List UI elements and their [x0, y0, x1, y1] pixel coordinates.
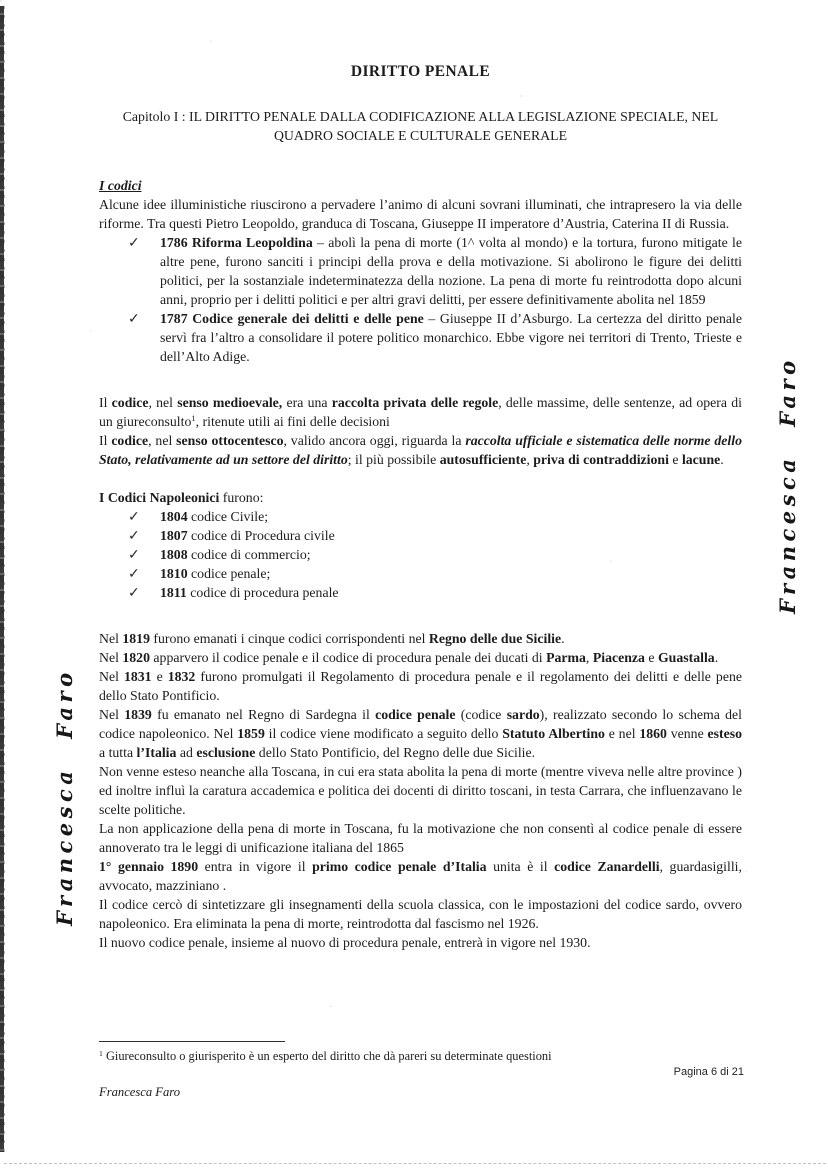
checkmark-icon: ✓ [99, 309, 160, 366]
list-item-1810: ✓ 1810 codice penale; [99, 564, 742, 583]
paragraph-codice-ottocentesco: Il codice, nel senso ottocentesco, valid… [99, 431, 742, 469]
page-number: Pagina 6 di 21 [674, 1066, 744, 1078]
list-item-text: 1811 codice di procedura penale [160, 583, 742, 602]
list-item-1786: ✓ 1786 Riforma Leopoldina – abolì la pen… [99, 233, 742, 309]
checkmark-icon: ✓ [99, 233, 160, 309]
list-item-text: 1786 Riforma Leopoldina – abolì la pena … [160, 233, 742, 309]
list-item-1808: ✓ 1808 codice di commercio; [99, 545, 742, 564]
list-item-text: 1804 codice Civile; [160, 507, 742, 526]
watermark-left: Francesca Faro [52, 668, 77, 926]
list-item-1811: ✓ 1811 codice di procedura penale [99, 583, 742, 602]
paragraph-pena-morte: La non applicazione della pena di morte … [99, 819, 742, 857]
checkmark-icon: ✓ [99, 583, 160, 602]
checkmark-icon: ✓ [99, 545, 160, 564]
list-item-text: 1810 codice penale; [160, 564, 742, 583]
paragraph-1890: 1° gennaio 1890 entra in vigore il primo… [99, 857, 742, 895]
scan-noise-speckles [0, 0, 2, 2]
checkmark-icon: ✓ [99, 507, 160, 526]
list-item-1807: ✓ 1807 codice di Procedura civile [99, 526, 742, 545]
paragraph-1831: Nel 1831 e 1832 furono promulgati il Reg… [99, 667, 742, 705]
list-item-1804: ✓ 1804 codice Civile; [99, 507, 742, 526]
list-item-1787: ✓ 1787 Codice generale dei delitti e del… [99, 309, 742, 366]
paragraph-1820: Nel 1820 apparvero il codice penale e il… [99, 648, 742, 667]
checkmark-icon: ✓ [99, 526, 160, 545]
paragraph-intro: Alcune idee illuministiche riuscirono a … [99, 195, 742, 233]
paragraph-codici-napoleonici: I Codici Napoleonici furono: [99, 488, 742, 507]
section-heading-i-codici: I codici [99, 176, 742, 195]
scan-edge-artifact-left [0, 6, 4, 1152]
paragraph-codice-medioevale: Il codice, nel senso medioevale, era una… [99, 393, 742, 431]
document-content: DIRITTO PENALE Capitolo I : IL DIRITTO P… [99, 62, 742, 952]
scan-edge-artifact-bottom [4, 1163, 826, 1164]
list-item-text: 1808 codice di commercio; [160, 545, 742, 564]
footnote-text: 1 Giureconsulto o giurisperito è un espe… [99, 1049, 719, 1064]
checkmark-icon: ✓ [99, 564, 160, 583]
document-title: DIRITTO PENALE [99, 62, 742, 81]
napoleonic-codes-list: ✓ 1804 codice Civile; ✓ 1807 codice di P… [99, 507, 742, 602]
list-item-text: 1807 codice di Procedura civile [160, 526, 742, 545]
author-signature: Francesca Faro [99, 1085, 180, 1100]
paragraph-toscana: Non venne esteso neanche alla Toscana, i… [99, 762, 742, 819]
list-item-text: 1787 Codice generale dei delitti e delle… [160, 309, 742, 366]
scanned-document-page: Francesca Faro Francesca Faro DIRITTO PE… [0, 0, 828, 1170]
paragraph-sintesi: Il codice cercò di sintetizzare gli inse… [99, 895, 742, 933]
reform-list: ✓ 1786 Riforma Leopoldina – abolì la pen… [99, 233, 742, 366]
paragraph-1930: Il nuovo codice penale, insieme al nuovo… [99, 933, 742, 952]
paragraph-1819: Nel 1819 furono emanati i cinque codici … [99, 629, 742, 648]
chapter-heading: Capitolo I : IL DIRITTO PENALE DALLA COD… [121, 107, 721, 145]
watermark-right: Francesca Faro [775, 356, 800, 614]
paragraph-1839: Nel 1839 fu emanato nel Regno di Sardegn… [99, 705, 742, 762]
footnote-separator [99, 1041, 285, 1042]
